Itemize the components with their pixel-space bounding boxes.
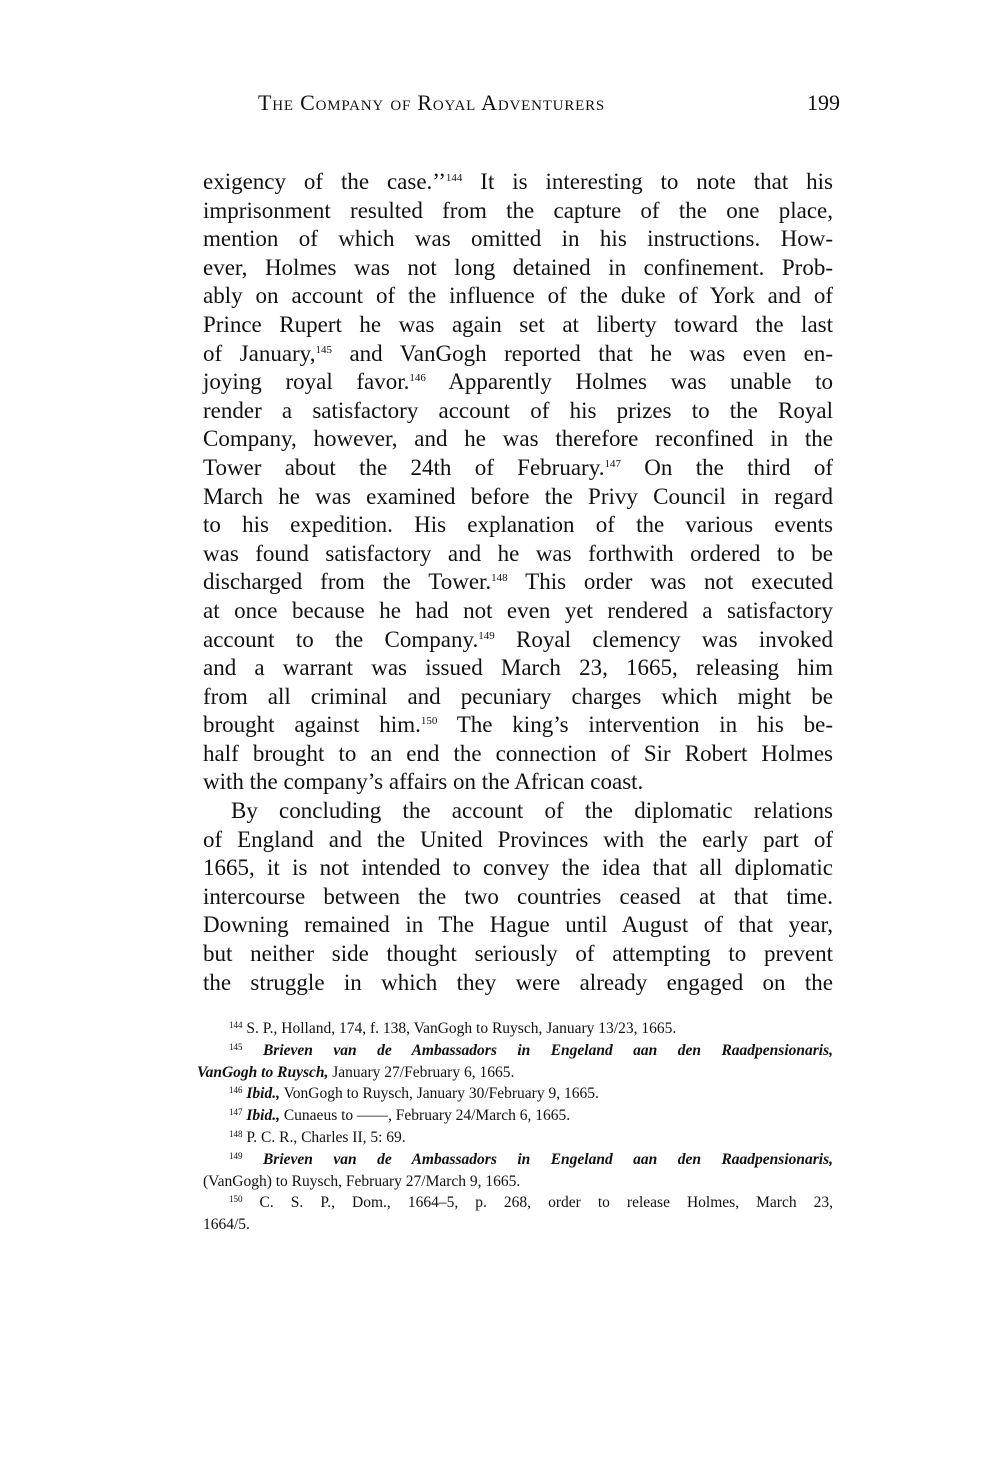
body-line: account to the Company.149 Royal clemenc…	[203, 626, 833, 655]
footnote-ref: 145	[315, 344, 332, 356]
body-line: March he was examined before the Privy C…	[203, 483, 833, 512]
body-line: half brought to an end the connection of…	[203, 740, 833, 769]
body-line: of January,145 and VanGogh reported that…	[203, 340, 833, 369]
body-line: with the company’s affairs on the Africa…	[203, 768, 833, 797]
footnote-ref: 150	[421, 715, 438, 727]
page-number: 199	[807, 90, 840, 116]
body-line: discharged from the Tower.148 This order…	[203, 568, 833, 597]
body-line: of England and the United Provinces with…	[203, 826, 833, 855]
running-title: The Company of Royal Adventurers	[258, 90, 605, 116]
body-line: 1665, it is not intended to convey the i…	[203, 854, 833, 883]
body-line: imprisonment resulted from the capture o…	[203, 197, 833, 226]
footnote-149: 149 Brieven van de Ambassadors in Engela…	[203, 1149, 833, 1171]
body-text: exigency of the case.’’144 It is interes…	[203, 168, 833, 997]
body-line: but neither side thought seriously of at…	[203, 940, 833, 969]
body-line: and a warrant was issued March 23, 1665,…	[203, 654, 833, 683]
body-line: at once because he had not even yet rend…	[203, 597, 833, 626]
footnote-147: 147 Ibid., Cunaeus to ——, February 24/Ma…	[203, 1105, 833, 1127]
footnotes: 144 S. P., Holland, 174, f. 138, VanGogh…	[203, 1018, 833, 1236]
body-line: mention of which was omitted in his inst…	[203, 225, 833, 254]
footnote-146: 146 Ibid., VonGogh to Ruysch, January 30…	[203, 1083, 833, 1105]
body-line: was found satisfactory and he was forthw…	[203, 540, 833, 569]
footnote-ref: 147	[604, 458, 621, 470]
body-line: to his expedition. His explanation of th…	[203, 511, 833, 540]
body-line: intercourse between the two countries ce…	[203, 883, 833, 912]
footnote-145: 145 Brieven van de Ambassadors in Engela…	[203, 1040, 833, 1062]
running-head: The Company of Royal Adventurers 199	[258, 90, 840, 126]
body-line: brought against him.150 The king’s inter…	[203, 711, 833, 740]
footnote-144: 144 S. P., Holland, 174, f. 138, VanGogh…	[203, 1018, 833, 1040]
footnote-ref: 148	[491, 572, 508, 584]
footnote-150-cont: 1664/5.	[203, 1214, 833, 1236]
body-line: render a satisfactory account of his pri…	[203, 397, 833, 426]
footnote-ref: 149	[478, 630, 495, 642]
body-line: from all criminal and pecuniary charges …	[203, 683, 833, 712]
footnote-145-cont: VanGogh to Ruysch, January 27/February 6…	[197, 1062, 833, 1084]
document-page: The Company of Royal Adventurers 199 exi…	[0, 0, 1000, 1482]
footnote-148: 148 P. C. R., Charles II, 5: 69.	[203, 1127, 833, 1149]
body-line: Prince Rupert he was again set at libert…	[203, 311, 833, 340]
body-line: ably on account of the influence of the …	[203, 282, 833, 311]
body-line: Company, however, and he was therefore r…	[203, 425, 833, 454]
footnote-149-cont: (VanGogh) to Ruysch, February 27/March 9…	[203, 1171, 833, 1193]
body-line: Downing remained in The Hague until Augu…	[203, 911, 833, 940]
body-line: ever, Holmes was not long detained in co…	[203, 254, 833, 283]
body-line: exigency of the case.’’144 It is interes…	[203, 168, 833, 197]
footnote-ref: 146	[409, 372, 426, 384]
footnote-150: 150 C. S. P., Dom., 1664–5, p. 268, orde…	[203, 1192, 833, 1214]
body-line: the struggle in which they were already …	[203, 969, 833, 998]
body-line: joying royal favor.146 Apparently Holmes…	[203, 368, 833, 397]
body-line-paragraph-start: By concluding the account of the diploma…	[203, 797, 833, 826]
body-line: Tower about the 24th of February.147 On …	[203, 454, 833, 483]
